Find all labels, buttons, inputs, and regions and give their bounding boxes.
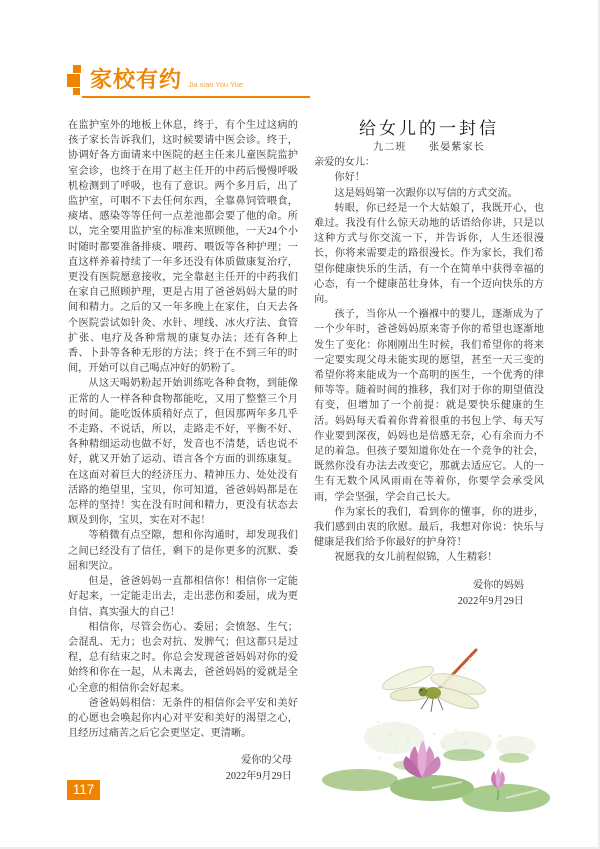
paragraph: 孩子，当你从一个襁褓中的婴儿，逐渐成为了一个少年时，爸爸妈妈原来寄予你的希望也逐… [314, 307, 544, 505]
letter-salutation: 亲爱的女儿： [314, 155, 544, 170]
dragonfly-lotus-illustration [316, 638, 554, 826]
paragraph: 爸爸妈妈相信：无条件的相信你会平安和美好的心愿也会唤起你内心对平安和美好的渴望之… [68, 696, 298, 742]
article-title: 给女儿的一封信 [314, 118, 544, 140]
section-header: 家校有约 Jia xiao You Yue [64, 63, 324, 103]
letter-signature: 爱你的妈妈 2022年9月29日 [314, 578, 544, 610]
paragraph: 祝愿我的女儿前程似锦，人生精彩！ [314, 550, 544, 565]
dragonfly-icon [380, 650, 487, 713]
paragraph: 你好！ [314, 170, 544, 185]
left-column: 在监护室外的地板上休息，终于，有个生过这病的孩子家长告诉我们，这时候要请中医会诊… [68, 118, 298, 785]
paragraph: 作为家长的我们，看到你的懂事，你的进步，我们感到由衷的欣慰。最后，我想对你说：快… [314, 505, 544, 551]
header-underline [82, 96, 310, 98]
signature-name: 爱你的妈妈 [314, 578, 524, 594]
paragraph: 但是，爸爸妈妈一直都相信你！相信你一定能好起来，一定能走出去，走出悲伤和委屈，成… [68, 574, 298, 620]
section-title: 家校有约 [90, 63, 182, 94]
section-title-pinyin: Jia xiao You Yue [188, 80, 243, 89]
paragraph: 转眼，你已经是一个大姑娘了，我既开心，也难过。我没有什么惊天动地的话语给你讲，只… [314, 201, 544, 307]
signature-date: 2022年9月29日 [68, 769, 292, 785]
signature-date: 2022年9月29日 [314, 594, 524, 610]
paragraph: 等稍微有点空隙，想和你沟通时，却发现我们之间已经没有了信任，剩下的是你更多的沉默… [68, 528, 298, 574]
article-byline: 九二班 张晏紫家长 [314, 140, 544, 155]
logo-squares-icon [64, 65, 86, 95]
paragraph: 这是妈妈第一次跟你以写信的方式交流。 [314, 186, 544, 201]
paragraph: 在监护室外的地板上休息，终于，有个生过这病的孩子家长告诉我们，这时候要请中医会诊… [68, 118, 298, 376]
page-number-badge: 117 [67, 780, 100, 800]
signature-name: 爱你的父母 [68, 753, 292, 769]
right-column: 给女儿的一封信 九二班 张晏紫家长 亲爱的女儿： 你好！ 这是妈妈第一次跟你以写… [314, 118, 544, 610]
paragraph: 从这天喝奶粉起开始训练吃各种食物，到能像正常的人一样各种食物都能吃，又用了整整三… [68, 376, 298, 528]
paragraph: 相信你，尽管会伤心、委屈；会愤怒、生气；会混乱、无力；也会对抗、发脾气；但这都只… [68, 620, 298, 696]
magazine-page: 家校有约 Jia xiao You Yue 在监护室外的地板上休息，终于，有个生… [0, 0, 600, 849]
letter-signature: 爱你的父母 2022年9月29日 [68, 753, 298, 785]
